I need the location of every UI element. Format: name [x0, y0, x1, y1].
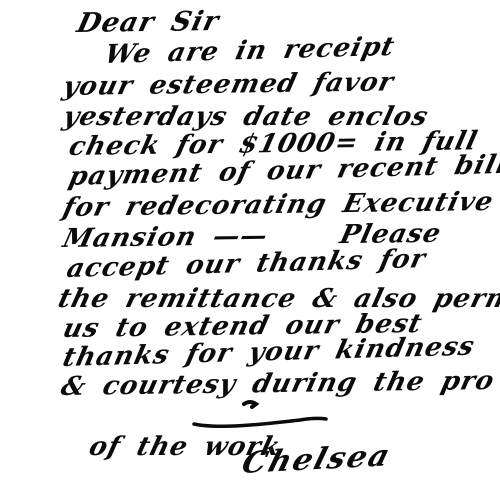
letter-line: your esteemed favor [60, 67, 397, 102]
letter-page: Dear Sir We are in receipt your esteemed… [0, 0, 500, 500]
caret-underline-flourish [188, 398, 333, 434]
letter-line: the remittance & also permit [55, 284, 500, 314]
letter-line: & courtesy during the pro [58, 366, 498, 402]
signature: Chelsea [238, 438, 395, 481]
salutation-line: Dear Sir [74, 6, 222, 39]
letter-line: for redecorating Executive [60, 187, 497, 223]
